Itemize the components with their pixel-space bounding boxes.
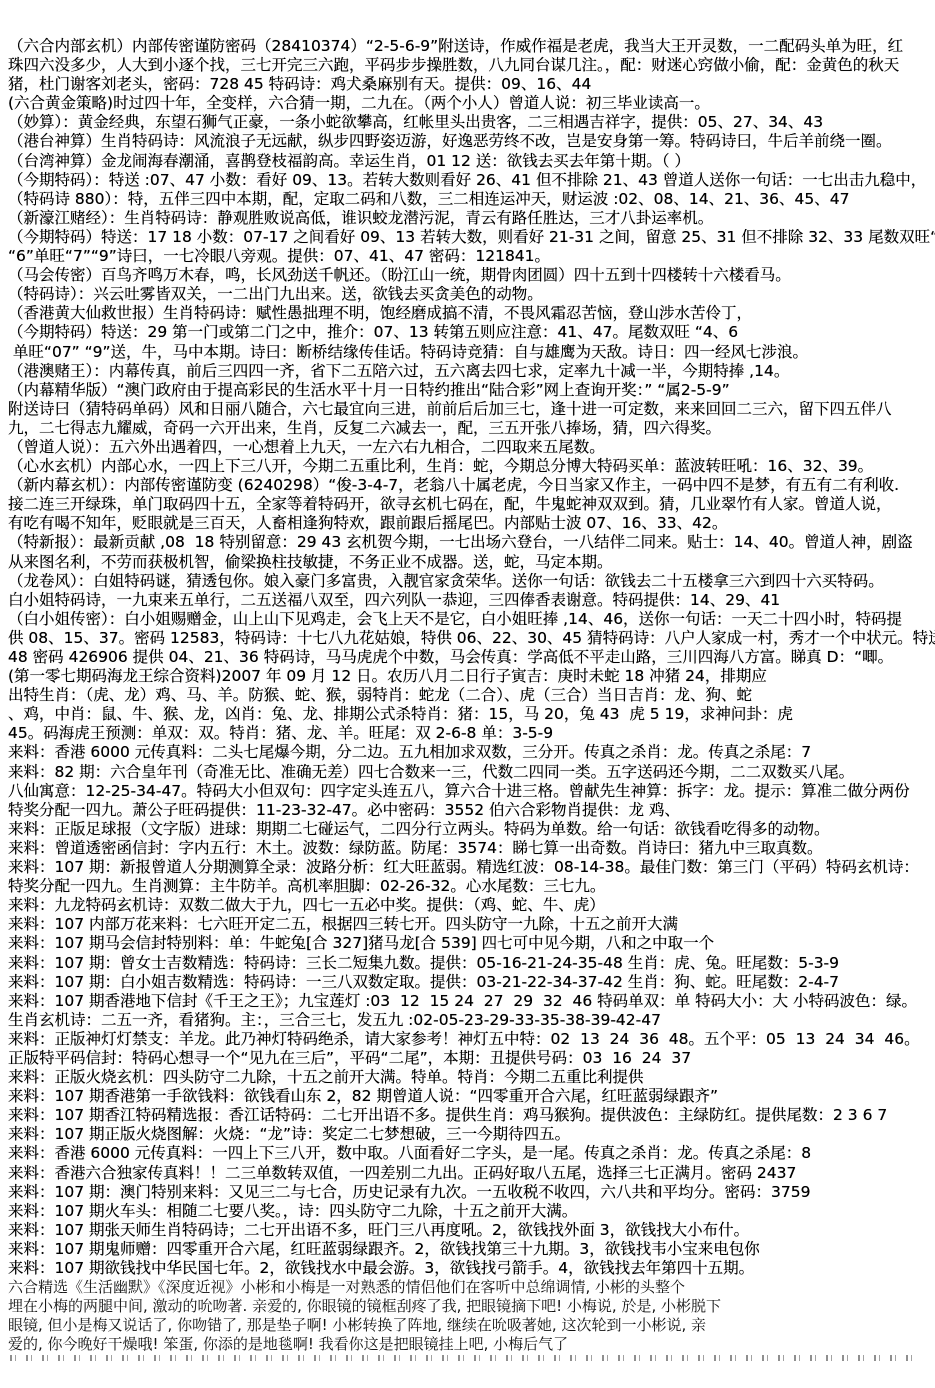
text-line: 来料：曾道透密函信封：字内五行：木土。波数：绿防蓝。防尾：3574：睇七算一出奇… — [8, 839, 935, 858]
text-line: （今期特码）特送：17 18 小数：07-17 之间看好 09、13 若转大数，… — [8, 228, 935, 247]
text-line: （特新报）：最新贡献 ,08 18 特别留意：29 43 玄机贺今期，一七出场六… — [8, 533, 935, 552]
text-line: 来料：107 期：新报曾道人分期测算全录：波路分析：红大旺蓝弱。精选红波：08-… — [8, 858, 935, 877]
text-line: 接二连三开绿珠，单门取码四十五，全家等着特码开，欲寻玄机七码在，配，牛鬼蛇神双双… — [8, 495, 935, 514]
text-line: （马会传密）百鸟齐鸣万木春，鸣，长风劲送千帆还。（盼江山一统，期骨肉团圆）四十五… — [8, 266, 935, 285]
text-line: （新内幕玄机）：内部传密谨防变 (6240298）“俊-3-4-7，老翁八十属老… — [8, 476, 935, 495]
text-line: 特奖分配一四九。生肖测算：主牛防羊。高机率胆脚：02-26-32。心水尾数：三七… — [8, 877, 935, 896]
text-line: 来料：107 期正版火烧图解：火烧：“龙”诗：奖定二七梦想破，三一今期待四五。 — [8, 1125, 935, 1144]
humor-text-line: 六合精选《生活幽默》《深度近视》小彬和小梅是一对熟悉的情侣他们在客听中总绵调情,… — [8, 1278, 935, 1297]
humor-section: 六合精选《生活幽默》《深度近视》小彬和小梅是一对熟悉的情侣他们在客听中总绵调情,… — [8, 1278, 935, 1354]
text-line: 来料：香港 6000 元传真料：一四上下三八开，数中取。八面看好二字头，是一尾。… — [8, 1144, 935, 1163]
text-line: （特码诗 880）：特，五伴三四中本期，配，定取二码和八数，三二相连运冲天，财运… — [8, 190, 935, 209]
text-line: (六合黄金策略)时过四十年，全变样，六合猜一期，二九在。（两个小人）曾道人说：初… — [8, 94, 935, 113]
text-line: 单旺“07” “9”送，牛，马中本期。诗曰：断桥结缘传佳话。特码诗竞猜：自与雄鹰… — [8, 343, 935, 362]
text-line: 来料：正版足球报（文字版）进球：期期二七碰运气，二四分行立两头。特码为单数。给一… — [8, 820, 935, 839]
text-line: “6”单旺“7”“9”诗曰，一七冷眼八旁观。提供：07、41、47 密码：121… — [8, 247, 935, 266]
text-line: （内幕精华版）“澳门政府由于提高彩民的生活水平十月一日特约推出“陆合彩”网上查询… — [8, 381, 935, 400]
text-line: 来料：107 期：曾女士吉数精选：特码诗：三长二短集九数。提供：05-16-21… — [8, 954, 935, 973]
text-line: 珠四六没多少，人大到小逐个找，三七开完三六跑，平码步步操胜数，八九同台谋几注。，… — [8, 56, 935, 75]
humor-text-line: 爱的, 你今晚好干燥哦! 笨蛋, 你添的是地毯啊! 我看你这是把眼镜挂上吧, 小… — [8, 1335, 935, 1354]
text-line: 特奖分配一四九。萧公子旺码提供：11-23-32-47。必中密码：3552 伯六… — [8, 801, 935, 820]
text-line: 从来图名利，不劳而获极机智，偷梁换柱技敏捷，不务正业不成器。送，蛇，马定本期。 — [8, 553, 935, 572]
text-line: 供 08、15、37。密码 12583，特码诗：十七八九花姑娘，特供 06、22… — [8, 629, 935, 648]
text-line: （香港黄大仙救世报）生肖特码诗：赋性愚拙理不明，饱经磨成搞不清，不畏风霜忍苦恼，… — [8, 304, 935, 323]
text-line: （六合内部玄机）内部传密谨防密码（28410374）“2-5-6-9”附送诗，作… — [8, 37, 935, 56]
text-line: （今期特码）特送：29 第一门或第二门之中，推介：07、13 转第五则应注意：4… — [8, 323, 935, 342]
humor-text-line: 眼镜, 但小是梅又说话了, 你吻错了, 那是垫子啊! 小彬转换了阵地, 继续在吮… — [8, 1316, 935, 1335]
text-line: 有吃有喝不知年，贬眼就是三百天，人畜相逢狗特欢，跟前跟后摇尾巴。内部贴士波 07… — [8, 514, 935, 533]
text-line: 白小姐特码诗，一九束来五单行，二五送福八双至，四六列队一恭迎，三四俸香表谢意。特… — [8, 591, 935, 610]
tips-document: （六合内部玄机）内部传密谨防密码（28410374）“2-5-6-9”附送诗，作… — [8, 37, 935, 1354]
text-line: 来料：107 期张天师生肖特码诗；二七开出语不多，旺门三八再度吼。2，欲钱找外面… — [8, 1221, 935, 1240]
text-line: 八仙寓意：12-25-34-47。特码大小但双句：四字定头连五八，算六合十进三格… — [8, 782, 935, 801]
text-line: （龙卷风）：白姐特码谜，猜透包你。娘入豪门多富贵，入靓官家贪荣华。送你一句话：欲… — [8, 572, 935, 591]
text-line: 猪，杜门谢客刘老头，密码：728 45 特码诗：鸡犬桑麻别有天。提供：09、16… — [8, 75, 935, 94]
text-line: 48 密码 426906 提供 04、21、36 特码诗，马马虎虎个中数，马会传… — [8, 648, 935, 667]
text-line: （今期特码）：特送 :07、47 小数：看好 09、13。若转大数则看好 26、… — [8, 171, 935, 190]
text-line: 正版特平码信封：特码心想寻一个“见九在三后”，平码“二尾”，本期：丑提供号码：0… — [8, 1049, 935, 1068]
text-line: 附送诗曰（猜特码单码）风和日丽八随合，六七最宜向三进，前前后后加三七，逢十进一可… — [8, 400, 935, 419]
text-line: 来料：107 期：澳门特别来料：又见三二与七合，历史记录有九次。一五收税不收四，… — [8, 1183, 935, 1202]
text-line: （港澳赌王）：内幕传真，前后三四四一齐，省下二五陪六过，五六离去四七求，定率九十… — [8, 362, 935, 381]
text-line: 来料：107 期：白小姐吉数精选：特码诗：一三八双数定取。提供：03-21-22… — [8, 973, 935, 992]
clipped-text-line — [10, 1355, 920, 1361]
tips-text-body: （六合内部玄机）内部传密谨防密码（28410374）“2-5-6-9”附送诗，作… — [8, 37, 935, 1278]
text-line: 45。码海虎王预测：单双：双。特肖：猪、龙、羊。旺尾：双 2-6-8 单：3-5… — [8, 724, 935, 743]
text-line: （心水玄机）内部心水，一四上下三八开，今期二五重比利，生肖：蛇，今期总分博大特码… — [8, 457, 935, 476]
text-line: （妙算）：黄金经典，东望石狮气正豪，一条小蛇欲攀高，红帐里头出贵客，二三相遇吉祥… — [8, 113, 935, 132]
text-line: 来料：107 期火车头：相随二七要八奖。，诗：四头防守二九除，十五之前开大满。 — [8, 1202, 935, 1221]
text-line: （曾道人说）：五六外出遇着四，一心想着上九天，一左六右九相合，二四取来五尾数。 — [8, 438, 935, 457]
text-line: （台湾神算）金龙闹海春潮涌，喜鹊登枝福韵高。幸运生肖，01 12 送：欲钱去买去… — [8, 152, 935, 171]
text-line: 来料：107 期香港第一手欲钱料：欲钱看山东 2，82 期曾道人说：“四零重开合… — [8, 1087, 935, 1106]
text-line: 生肖玄机诗：二五一齐，看猪狗。主：，三合三七，发五九 :02-05-23-29-… — [8, 1011, 935, 1030]
text-line: 来料：107 内部万花来料：七六旺开定二五，根据四三转七开。四头防守一九除，十五… — [8, 915, 935, 934]
text-line: 来料：107 期香江特码精选报：香江话特码：二七开出语不多。提供生肖：鸡马猴狗。… — [8, 1106, 935, 1125]
text-line: 来料：107 期香港地下信封《千王之王》；九宝莲灯 :03 12 15 24 2… — [8, 992, 935, 1011]
text-line: 来料：正版火烧玄机：四头防守二九除，十五之前开大满。特单。特肖：今期二五重比利提… — [8, 1068, 935, 1087]
text-line: （新濠江赌经）：生肖特码诗：静观胜败说高低，谁识蛟龙潜污泥，青云有路任胜达，三才… — [8, 209, 935, 228]
text-line: 来料：正版神灯灯禁支：羊龙。此乃神灯特码绝杀，请大家参考！神灯五中特：02 13… — [8, 1030, 935, 1049]
text-line: 九，二七得志九耀威，奇码一六开出来，生肖，反复二六减去一，配，三五开张八捧场，猜… — [8, 419, 935, 438]
text-line: （港台神算）生肖特码诗：风流浪子无远献，纵步四野姿迈游，好逸恶劳终不改，岂是安身… — [8, 132, 935, 151]
text-line: 来料：香港 6000 元传真料：二头七尾爆今期，分二边。五九相加求双数，三分开。… — [8, 743, 935, 762]
text-line: （白小姐传密）：白小姐赐赠金，山上山下见鸡走，会飞上天不是它，白小姐旺捧 ,14… — [8, 610, 935, 629]
text-line: 来料：107 期马会信封特别料：单：牛蛇兔[合 327]猪马龙[合 539] 四… — [8, 934, 935, 953]
text-line: 来料：107 期鬼师赠：四零重开合六尾，红旺蓝弱绿跟齐。2，欲钱找第三十九期。3… — [8, 1240, 935, 1259]
text-line: 来料：香港六合独家传真料！！二三单数转双值，一四差别二九出。正码好取八五尾，选择… — [8, 1164, 935, 1183]
text-line: 来料：九龙特码玄机诗：双数二做大于九，四七一五必中奖。提供：（鸡、蛇、牛、虎） — [8, 896, 935, 915]
text-line: 来料：82 期：六合皇年刊（奇准无比、准确无差）四七合数来一三，代数二四同一类。… — [8, 763, 935, 782]
text-line: 出特生肖：（虎、龙）鸡、马、羊。防猴、蛇、猴，弱特肖：蛇龙（二合）、虎（三合）当… — [8, 686, 935, 705]
text-line: (第一零七期码海龙王综合资料)2007 年 09 月 12 日。农历八月二日行子… — [8, 667, 935, 686]
text-line: 来料：107 期欲钱找中华民国七年。2，欲钱找水中最会游。3，欲钱找弓箭手。4，… — [8, 1259, 935, 1278]
text-line: （特码诗）：兴云吐雾皆双关，一二出门九出来。送，欲钱去买贪美色的动物。 — [8, 285, 935, 304]
text-line: 、鸡，中肖：鼠、牛、猴、龙，凶肖：兔、龙、排期公式杀特肖：猪：15，马 20，兔… — [8, 705, 935, 724]
humor-text-line: 埋在小梅的两腿中间, 激动的吮吻著. 亲爱的, 你眼镜的镜框刮疼了我, 把眼镜摘… — [8, 1297, 935, 1316]
